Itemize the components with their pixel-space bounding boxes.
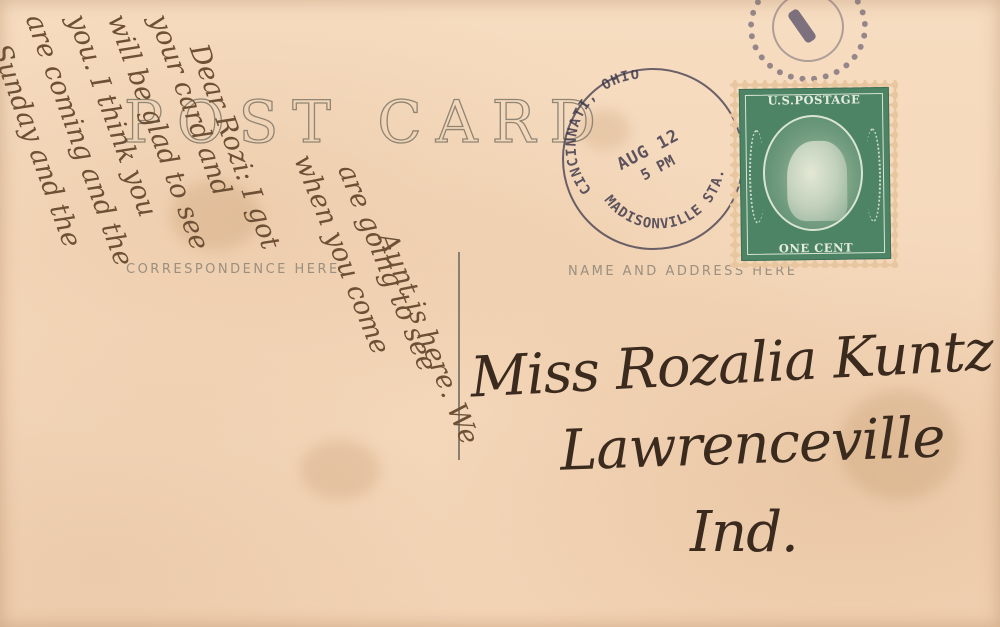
age-stain [300, 440, 380, 500]
recipient-state: Ind. [690, 500, 798, 565]
correspondence-label: CORRESPONDENCE HERE [126, 262, 340, 277]
cancellation-mark [748, 0, 868, 82]
franklin-portrait-icon [787, 141, 848, 222]
recipient-city: Lawrenceville [559, 405, 946, 483]
stamp-denomination: ONE CENT [742, 240, 890, 256]
postage-stamp: U.S.POSTAGE ONE CENT [739, 87, 891, 261]
stamp-top-text: U.S.POSTAGE [740, 92, 888, 108]
postcard-back: POST CARD CORRESPONDENCE HERE NAME AND A… [0, 0, 1000, 627]
svg-text:MADISONVILLE STA.: MADISONVILLE STA. [601, 167, 728, 232]
postmark: CINCINNATI, OHIO MADISONVILLE STA. AUG 1… [562, 68, 744, 250]
postmark-station: MADISONVILLE STA. [601, 167, 728, 232]
